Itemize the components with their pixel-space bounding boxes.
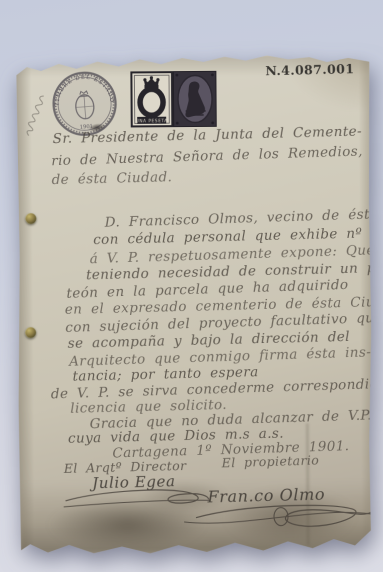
handwritten-letter: Sr. Presidente de la Junta del Cemente- …	[15, 49, 380, 555]
letter-line: rio de Nuestra Señora de los Remedios,	[51, 143, 363, 169]
document-page: N.4.087.001 TIMBRE DEL ESTADO 1901	[16, 55, 372, 555]
owner-title: El propietario	[221, 452, 319, 470]
signature-flourish-right	[184, 497, 375, 536]
document-page-wrap: N.4.087.001 TIMBRE DEL ESTADO 1901	[16, 55, 372, 555]
letter-line: Sr. Presidente de la Junta del Cemente-	[53, 124, 363, 148]
letter-line: de ésta Ciudad.	[52, 169, 173, 188]
